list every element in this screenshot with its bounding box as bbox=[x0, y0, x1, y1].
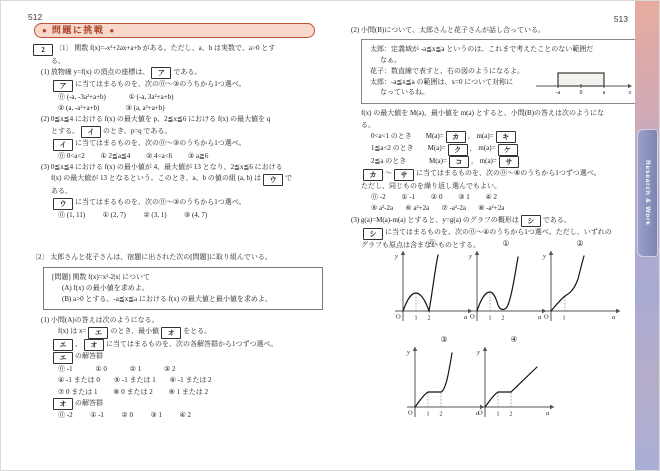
text-line: (2) 0≦x≦4 における f(x) の最大値を p、2≦x≦6 における f… bbox=[31, 114, 325, 125]
answer-box-サ: サ bbox=[394, 169, 414, 181]
answer-box-カ: カ bbox=[446, 131, 466, 143]
answer-box-2: 2 bbox=[33, 44, 53, 56]
text-line: る。 bbox=[351, 120, 639, 131]
banner-bullet-left-icon: ● bbox=[42, 27, 47, 35]
answer-box-エ: エ bbox=[53, 339, 73, 351]
svg-text:y: y bbox=[542, 253, 546, 260]
text-line: f(x) は x=エのとき、最小値オをとる。 bbox=[31, 326, 325, 339]
text-line: オの解答群 bbox=[31, 398, 325, 411]
graph-figure: yOa12 bbox=[391, 249, 473, 325]
answer-box-ア: ア bbox=[151, 67, 171, 79]
answer-box-ウ: ウ bbox=[53, 198, 73, 210]
option-graph-4: ④yOa12 bbox=[473, 335, 555, 426]
text-line: アに当てはまるものを、次の⓪～③のうちから1つ選べ。 bbox=[31, 79, 325, 92]
text-line: エの解答群 bbox=[31, 351, 325, 364]
svg-text:2: 2 bbox=[440, 412, 443, 418]
tick-zero: 0 bbox=[580, 90, 583, 95]
graph-figure: yOa12 bbox=[473, 345, 555, 421]
svg-text:y: y bbox=[476, 349, 480, 356]
answer-box-オ: オ bbox=[161, 327, 181, 339]
subq2-intro: (2) 小問(B)について、太郎さんと花子さんが話し合っている。 bbox=[351, 25, 639, 36]
answer-box-コ: コ bbox=[449, 156, 469, 168]
challenge-banner: ● 問題に挑戦 ● bbox=[34, 23, 315, 38]
answer-box-イ: イ bbox=[53, 139, 73, 151]
number-line-figure: -a 0 a x bbox=[534, 67, 634, 95]
answer-box-キ: キ bbox=[496, 131, 516, 143]
problem-part1: 2〔1〕 関数 f(x)=-x²+2ax+a+b がある。ただし、a、b は実数… bbox=[31, 43, 325, 221]
answer-box-オ: オ bbox=[53, 398, 73, 410]
text-line: (A) f(x) の最小値を求めよ。 bbox=[52, 283, 314, 294]
text-line: ⓪ -2 ① -1 ② 0 ③ 1 ④ 2 bbox=[31, 410, 325, 421]
problem-part2-heading: 〔2〕 太郎さんと花子さんは、宿題に出された次の[問題]に取り組んでいる。 bbox=[31, 252, 325, 263]
answer-box-シ: シ bbox=[363, 228, 383, 240]
banner-title: 問題に挑戦 bbox=[52, 26, 105, 35]
svg-text:O: O bbox=[470, 314, 475, 321]
text-line: ⓪ (-a, -3a²+a+b) ① (-a, 3a²+a+b) bbox=[31, 92, 325, 103]
answer-box-カ: カ bbox=[363, 169, 383, 181]
answer-box-オ: オ bbox=[84, 339, 104, 351]
text-line: 0<a<1 のとき M(a)=カ， m(a)=キ bbox=[351, 131, 639, 144]
text-line: ② (a, -a²+a+b) ③ (a, a²+a+b) bbox=[31, 103, 325, 114]
text-line: ある。 bbox=[31, 186, 325, 197]
option-graph-label: ④ bbox=[473, 335, 555, 344]
left-page-column: 2〔1〕 関数 f(x)=-x²+2ax+a+b がある。ただし、a、b は実数… bbox=[31, 43, 325, 422]
option-graph-0: ⓪yOa12 bbox=[391, 239, 473, 330]
text-line: シに当てはまるものを、次の⓪～④のうちから1つ選べ。ただし、いずれの bbox=[351, 227, 639, 240]
page-number-left: 512 bbox=[28, 12, 42, 22]
svg-text:2: 2 bbox=[428, 316, 431, 322]
homework-problem-box: [問題] 関数 f(x)=x²-2|x| について(A) f(x) の最小値を求… bbox=[43, 267, 323, 310]
svg-text:a: a bbox=[546, 410, 549, 417]
axis-x-label: x bbox=[628, 90, 632, 95]
banner-bullet-right-icon: ● bbox=[109, 27, 114, 35]
svg-text:O: O bbox=[408, 410, 413, 417]
graph-figure: yOa12 bbox=[465, 249, 547, 325]
svg-text:1: 1 bbox=[563, 316, 566, 322]
answer-box-サ: サ bbox=[499, 156, 519, 168]
svg-text:2: 2 bbox=[502, 316, 505, 322]
text-line: ただし、同じものを繰り返し選んでもよい。 bbox=[351, 181, 639, 192]
text-line: ⓪ -2 ① -1 ② 0 ③ 1 ④ 2 bbox=[351, 192, 639, 203]
text-line: ウに当てはまるものを、次の⓪～③のうちから1つ選べ。 bbox=[31, 197, 325, 210]
text-line: カ～サに当てはまるものを、次の⓪～⑧のうちから1つずつ選べ。 bbox=[351, 168, 639, 181]
text-line: エ、オに当てはまるものを、次の各解答群から1つずつ選べ。 bbox=[31, 339, 325, 352]
tick-neg-a: -a bbox=[556, 90, 561, 95]
option-graph-label: ⓪ bbox=[391, 239, 473, 248]
text-line: f(x) の最大値を M(a)、最小値を m(a) とすると、小問(B)の答えは… bbox=[351, 108, 639, 119]
option-graph-2: ②yOa1 bbox=[539, 239, 621, 330]
text-line: る。 bbox=[31, 56, 325, 67]
svg-text:a: a bbox=[612, 314, 615, 321]
right-page-column: (2) 小問(B)について、太郎さんと花子さんが話し合っている。 太郎：定義域が… bbox=[351, 25, 639, 251]
text-line: ⓪ -1 ① 0 ② 1 ③ 2 bbox=[31, 364, 325, 375]
text-line: f(x) の最大値が 13 となるという。このとき、a、b の値の組 (a, b… bbox=[31, 173, 325, 186]
text-line: ⓪ 0<a<2 ① 2≦a≦4 ② 4<a<6 ③ a≧6 bbox=[31, 151, 325, 162]
svg-text:1: 1 bbox=[415, 316, 418, 322]
answer-box-シ: シ bbox=[521, 215, 541, 227]
text-line: (3) 0≦x≦4 における f(x) の最小値が 4、最大値が 13 となり、… bbox=[31, 162, 325, 173]
axis-arrow-icon bbox=[628, 84, 632, 88]
answer-box-エ: エ bbox=[88, 327, 108, 339]
text-line: (1) 放物線 y=f(x) の頂点の座標は、アである。 bbox=[31, 67, 325, 80]
text-line: [問題] 関数 f(x)=x²-2|x| について bbox=[52, 272, 314, 283]
text-line: ⑤ a²-2a ⑥ a²+2a ⑦ -a²-2a ⑧ -a²+2a bbox=[351, 203, 639, 214]
textbook-spread: 512 513 ● 問題に挑戦 ● 2〔1〕 関数 f(x)=-x²+2ax+a… bbox=[0, 0, 660, 471]
text-line: とする。イのとき、p=q である。 bbox=[31, 126, 325, 139]
svg-text:2: 2 bbox=[510, 412, 513, 418]
option-graph-label: ② bbox=[539, 239, 621, 248]
text-line: 2〔1〕 関数 f(x)=-x²+2ax+a+b がある。ただし、a、b は実数… bbox=[31, 43, 325, 56]
page-number-right: 513 bbox=[611, 14, 631, 24]
text-line: ⑦ 0 または 1 ⑧ 0 または 2 ⑨ 1 または 2 bbox=[31, 387, 325, 398]
text-line: (1) 小問(A)の答えは次のようになる。 bbox=[31, 315, 325, 326]
svg-text:1: 1 bbox=[427, 412, 430, 418]
text-line: (B) a>0 とする。-a≦x≦a における f(x) の最大値と最小値を求め… bbox=[52, 294, 314, 305]
problem-part2: (1) 小問(A)の答えは次のようになる。f(x) は x=エのとき、最小値オを… bbox=[31, 315, 325, 421]
svg-text:y: y bbox=[468, 253, 472, 260]
text-line: 2≦a のとき M(a)=コ， m(a)=サ bbox=[351, 156, 639, 169]
svg-text:O: O bbox=[478, 410, 483, 417]
svg-text:O: O bbox=[396, 314, 401, 321]
text-line: イに当てはまるものを、次の⓪～③のうちから1つ選べ。 bbox=[31, 138, 325, 151]
subq2-body: f(x) の最大値を M(a)、最小値を m(a) とすると、小問(B)の答えは… bbox=[351, 108, 639, 251]
svg-text:y: y bbox=[406, 349, 410, 356]
text-line: ⓪ (1, 11) ① (2, 7) ② (3, 1) ③ (4, 7) bbox=[31, 210, 325, 221]
svg-text:O: O bbox=[544, 314, 549, 321]
svg-text:1: 1 bbox=[489, 316, 492, 322]
option-graph-label: ① bbox=[465, 239, 547, 248]
answer-box-ケ: ケ bbox=[498, 144, 518, 156]
text-line: 1≦a<2 のとき M(a)=ク， m(a)=ケ bbox=[351, 143, 639, 156]
research-work-tab[interactable]: Research & Work bbox=[637, 129, 658, 257]
svg-text:y: y bbox=[394, 253, 398, 260]
text-line: (3) g(a)=M(a)-m(a) とすると、y=g(a) のグラフの概形はシ… bbox=[351, 215, 639, 228]
tick-pos-a: a bbox=[603, 90, 606, 95]
svg-text:1: 1 bbox=[497, 412, 500, 418]
dialogue-box: 太郎：定義域が -a≦x≦a というのは、これまで考えたことのない範囲だなぁ。花… bbox=[361, 39, 639, 104]
answer-box-ウ: ウ bbox=[263, 174, 283, 186]
text-line: 太郎：定義域が -a≦x≦a というのは、これまで考えたことのない範囲だ bbox=[370, 44, 630, 55]
text-line: なぁ。 bbox=[370, 55, 630, 66]
answer-box-ク: ク bbox=[448, 144, 468, 156]
option-graph-1: ①yOa12 bbox=[465, 239, 547, 330]
graph-figure: yOa1 bbox=[539, 249, 621, 325]
answer-box-イ: イ bbox=[81, 126, 101, 138]
option-graphs-area: ⓪yOa12①yOa12②yOa1③yOa12④yOa12 bbox=[351, 239, 651, 439]
text-line: ④ -1 または 0 ⑤ -1 または 1 ⑥ -1 または 2 bbox=[31, 375, 325, 386]
answer-box-エ: エ bbox=[53, 352, 73, 364]
answer-box-ア: ア bbox=[53, 80, 73, 92]
research-work-tab-label: Research & Work bbox=[644, 160, 651, 226]
